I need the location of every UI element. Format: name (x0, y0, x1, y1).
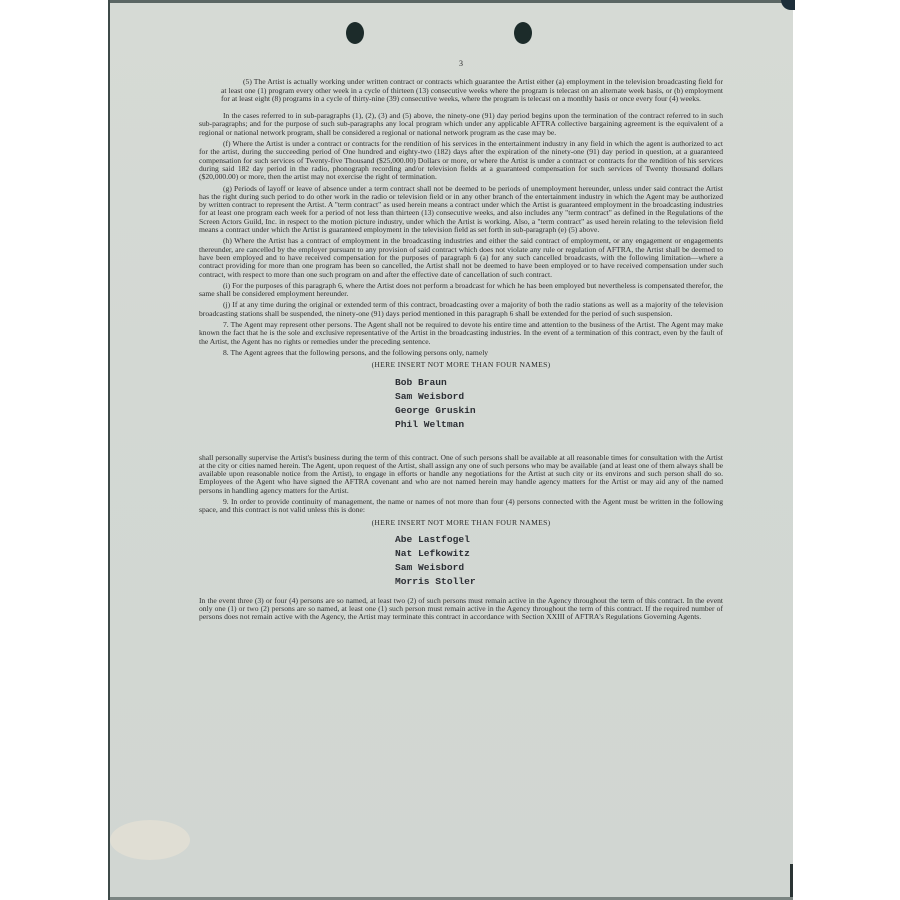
name-entry: Nat Lefkowitz (395, 547, 723, 561)
clause-9-continued: In the event three (3) or four (4) perso… (199, 597, 723, 622)
name-entry: George Gruskin (395, 404, 723, 418)
punch-hole (514, 22, 532, 44)
clause-g: (g) Periods of layoff or leave of absenc… (199, 185, 723, 235)
document-body: 3 (5) The Artist is actually working und… (199, 60, 723, 625)
supervisor-names: Bob Braun Sam Weisbord George Gruskin Ph… (395, 376, 723, 432)
clause-j: (j) If at any time during the original o… (199, 301, 723, 318)
clause-f: (f) Where the Artist is under a contract… (199, 140, 723, 181)
name-entry: Sam Weisbord (395, 390, 723, 404)
clause-cases: In the cases referred to in sub-paragrap… (199, 112, 723, 137)
page-edge-shadow (790, 864, 793, 900)
paper-stain (110, 820, 190, 860)
clause-8-continued: shall personally supervise the Artist's … (199, 454, 723, 495)
clause-e5: (5) The Artist is actually working under… (221, 78, 723, 103)
insert-names-heading: (HERE INSERT NOT MORE THAN FOUR NAMES) (199, 519, 723, 527)
clause-i: (i) For the purposes of this paragraph 6… (199, 282, 723, 299)
clause-8: 8. The Agent agrees that the following p… (199, 349, 723, 357)
name-entry: Phil Weltman (395, 418, 723, 432)
document-page: 3 (5) The Artist is actually working und… (108, 0, 793, 900)
name-entry: Morris Stoller (395, 575, 723, 589)
insert-names-heading: (HERE INSERT NOT MORE THAN FOUR NAMES) (199, 361, 723, 369)
management-names: Abe Lastfogel Nat Lefkowitz Sam Weisbord… (395, 533, 723, 589)
page-number: 3 (199, 60, 723, 68)
name-entry: Bob Braun (395, 376, 723, 390)
punch-hole (346, 22, 364, 44)
page-corner-shadow (781, 0, 795, 10)
name-entry: Sam Weisbord (395, 561, 723, 575)
name-entry: Abe Lastfogel (395, 533, 723, 547)
clause-h: (h) Where the Artist has a contract of e… (199, 237, 723, 278)
clause-9: 9. In order to provide continuity of man… (199, 498, 723, 515)
clause-7: 7. The Agent may represent other persons… (199, 321, 723, 346)
